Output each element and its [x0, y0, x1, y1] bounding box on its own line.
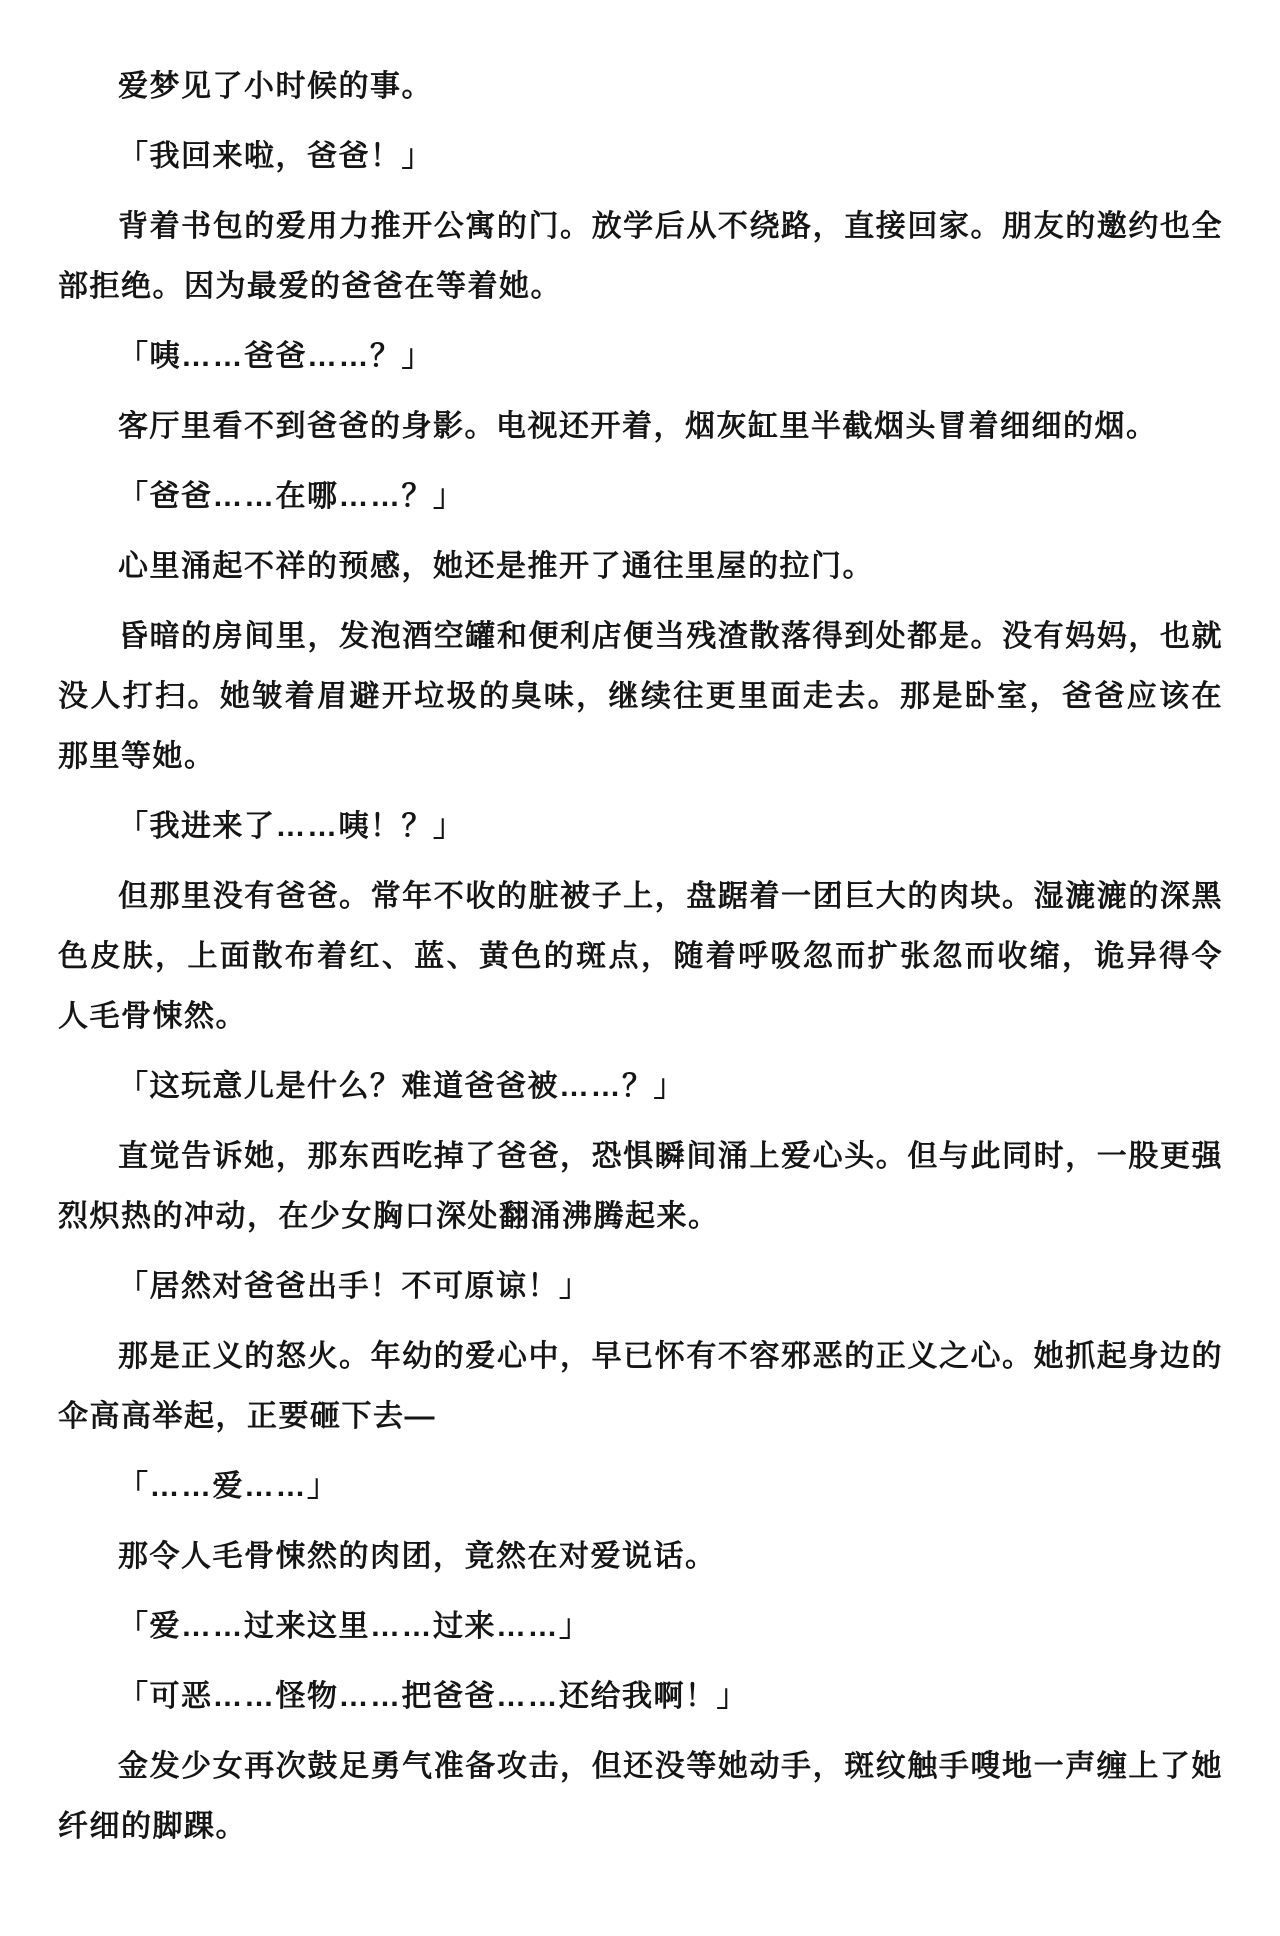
paragraph: 「咦……爸爸……？」 [58, 327, 1223, 387]
paragraph: 直觉告诉她，那东西吃掉了爸爸，恐惧瞬间涌上爱心头。但与此同时，一股更强烈炽热的冲… [58, 1127, 1223, 1247]
paragraph: 「爱……过来这里……过来……」 [58, 1597, 1223, 1657]
paragraph: 「……爱……」 [58, 1457, 1223, 1517]
paragraph: 那是正义的怒火。年幼的爱心中，早已怀有不容邪恶的正义之心。她抓起身边的伞高高举起… [58, 1327, 1223, 1447]
paragraph: 「我回来啦，爸爸！」 [58, 127, 1223, 187]
paragraph: 但那里没有爸爸。常年不收的脏被子上，盘踞着一团巨大的肉块。湿漉漉的深黑色皮肤，上… [58, 867, 1223, 1047]
paragraph: 爱梦见了小时候的事。 [58, 57, 1223, 117]
paragraph: 「爸爸……在哪……？」 [58, 467, 1223, 527]
paragraph: 客厅里看不到爸爸的身影。电视还开着，烟灰缸里半截烟头冒着细细的烟。 [58, 397, 1223, 457]
paragraph: 「居然对爸爸出手！不可原谅！」 [58, 1257, 1223, 1317]
paragraph: 「我进来了……咦！？」 [58, 797, 1223, 857]
paragraph: 那令人毛骨悚然的肉团，竟然在对爱说话。 [58, 1527, 1223, 1587]
paragraph: 「这玩意儿是什么？难道爸爸被……？」 [58, 1057, 1223, 1117]
novel-page: 爱梦见了小时候的事。 「我回来啦，爸爸！」 背着书包的爱用力推开公寓的门。放学后… [0, 0, 1280, 1936]
paragraph: 心里涌起不祥的预感，她还是推开了通往里屋的拉门。 [58, 537, 1223, 597]
paragraph: 背着书包的爱用力推开公寓的门。放学后从不绕路，直接回家。朋友的邀约也全部拒绝。因… [58, 197, 1223, 317]
paragraph: 金发少女再次鼓足勇气准备攻击，但还没等她动手，斑纹触手嗖地一声缠上了她纤细的脚踝… [58, 1737, 1223, 1857]
paragraph: 「可恶……怪物……把爸爸……还给我啊！」 [58, 1667, 1223, 1727]
paragraph: 昏暗的房间里，发泡酒空罐和便利店便当残渣散落得到处都是。没有妈妈，也就没人打扫。… [58, 607, 1223, 787]
